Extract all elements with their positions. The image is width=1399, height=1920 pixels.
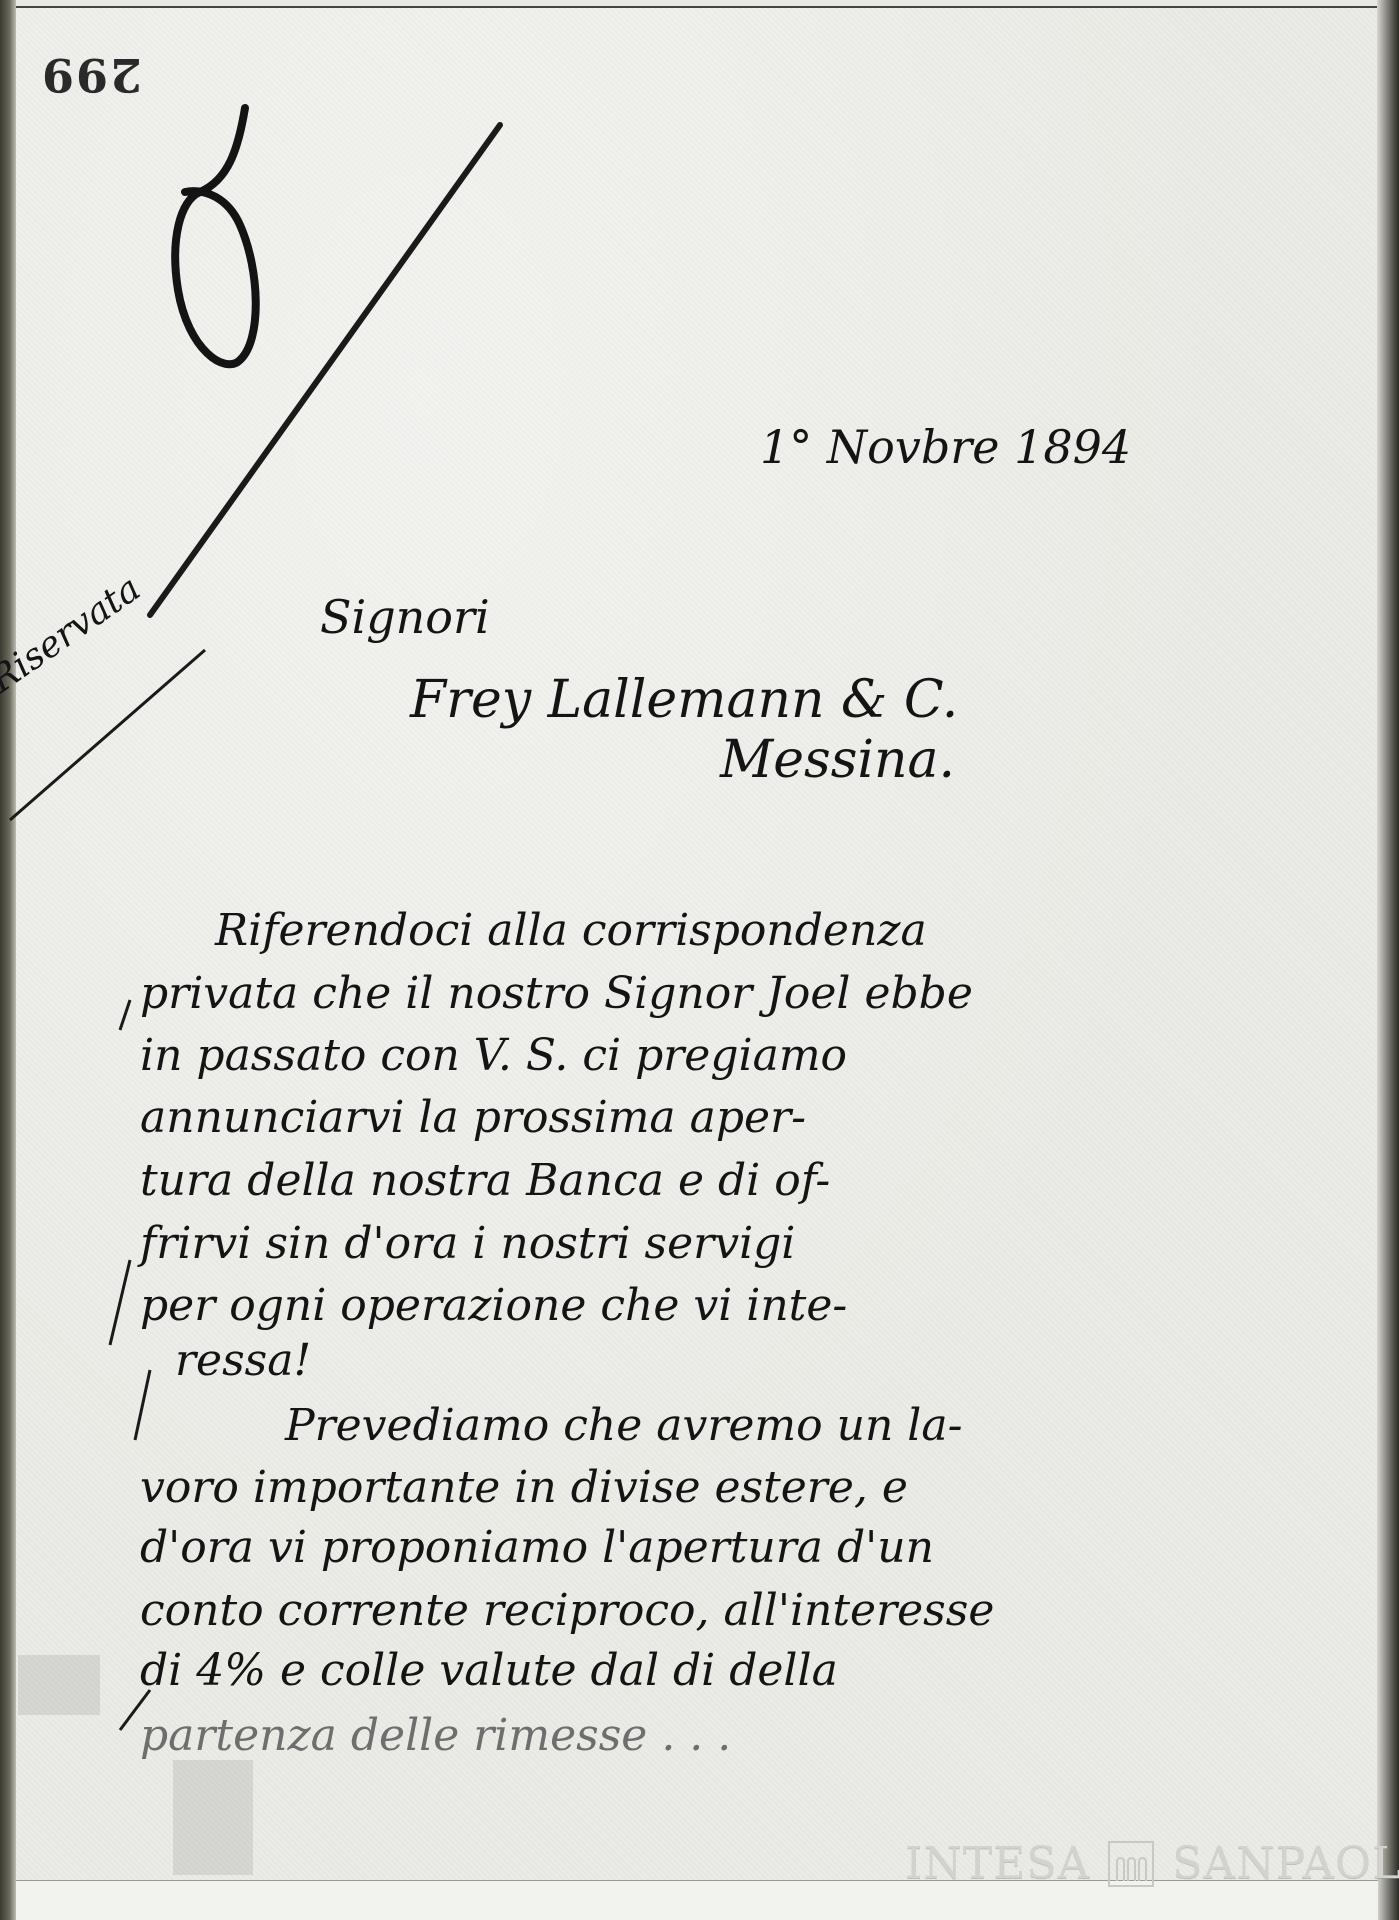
- body-line: Prevediamo che avremo un la-: [285, 1400, 962, 1451]
- watermark-logo: INTESA SANPAOLO: [905, 1838, 1399, 1889]
- addressee: Frey Lallemann & C.: [410, 670, 958, 730]
- watermark-right: SANPAOLO: [1172, 1838, 1399, 1889]
- body-line: frirvi sin d'ora i nostri servigi: [140, 1218, 795, 1269]
- body-line: privata che il nostro Signor Joel ebbe: [140, 968, 973, 1019]
- letter-date: 1° Novbre 1894: [760, 420, 1131, 474]
- body-line: Riferendoci alla corrispondenza: [215, 905, 927, 956]
- body-line: d'ora vi proponiamo l'apertura d'un: [140, 1522, 934, 1573]
- body-line: in passato con V. S. ci pregiamo: [140, 1030, 847, 1081]
- body-line: tura della nostra Banca e di of-: [140, 1155, 830, 1206]
- watermark-left: INTESA: [905, 1838, 1090, 1889]
- addressee-city: Messina.: [720, 730, 955, 790]
- salutation: Signori: [320, 590, 490, 644]
- body-line: ressa!: [175, 1335, 311, 1386]
- body-line: partenza delle rimesse . . .: [140, 1710, 731, 1761]
- scan-smudge: [173, 1760, 253, 1875]
- body-line: di 4% e colle valute dal di della: [140, 1645, 838, 1696]
- body-line: annunciarvi la prossima aper-: [140, 1092, 806, 1143]
- scan-smudge: [18, 1655, 100, 1715]
- body-line: per ogni operazione che vi inte-: [140, 1280, 847, 1331]
- body-line: voro importante in divise estere, e: [140, 1462, 908, 1513]
- body-line: conto corrente reciproco, all'interesse: [140, 1585, 994, 1636]
- arches-icon: [1108, 1841, 1154, 1887]
- scanned-letter: 299 1° Novbre 1894 Riservata Signori Fre…: [0, 0, 1399, 1920]
